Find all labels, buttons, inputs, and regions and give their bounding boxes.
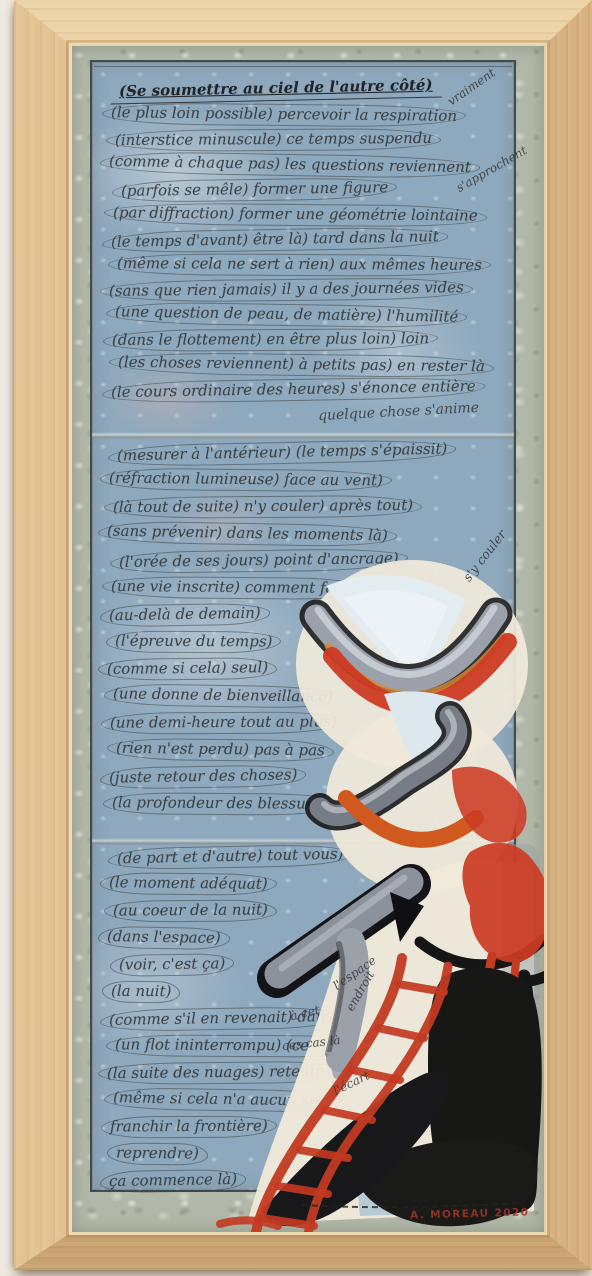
handwritten-line: (dans l'espace) — [98, 926, 230, 950]
handwritten-line: (la profondeur des blessures) — [103, 792, 345, 816]
handwritten-line: (dans le flottement) en être plus loin) … — [103, 328, 438, 352]
text-panel-top: (Se soumettre au ciel de l'autre côté)(l… — [100, 78, 514, 404]
painting-paper: (Se soumettre au ciel de l'autre côté)(l… — [72, 46, 544, 1232]
handwritten-line: reprendre) — [107, 1142, 208, 1165]
handwritten-line: (le moment adéquat) — [100, 872, 277, 896]
handwritten-line: (au coeur de la nuit) — [104, 899, 277, 922]
handwritten-line: (au-delà de demain) — [100, 603, 270, 628]
handwritten-line: (le plus loin possible) percevoir la res… — [102, 102, 466, 128]
text-panel-bottom: (de part et d'autre) tout vous)(le momen… — [98, 846, 514, 1197]
text-panel-middle: (mesurer à l'antérieur) (le temps s'épai… — [98, 442, 514, 820]
handwritten-line: (les choses reviennent) à petits pas) en… — [109, 352, 494, 379]
handwritten-line: franchir la frontière) — [101, 1116, 277, 1139]
painted-canvas: (Se soumettre au ciel de l'autre côté)(l… — [90, 60, 516, 1192]
handwritten-line: (l'orée de ses jours) point d'ancrage) — [110, 548, 408, 574]
panel-seam — [92, 838, 514, 845]
handwritten-line: (juste retour des choses) — [100, 764, 307, 790]
artist-signature: A. MOREAU 2020 — [410, 1206, 530, 1221]
handwritten-line: (même si cela n'a aucun sens) — [104, 1087, 351, 1113]
handwritten-line: (une donne de bienveillance) — [104, 683, 342, 709]
handwritten-line: (Se soumettre au ciel de l'autre côté) — [110, 75, 442, 105]
handwritten-line: (comme si cela) seul) — [98, 657, 277, 681]
handwritten-line: (la suite des nuages) retenir à — [98, 1061, 345, 1086]
handwritten-line: (voir, c'est ça) — [110, 953, 235, 977]
handwritten-line: (le temps d'avant) être là) tard dans la… — [102, 226, 448, 254]
handwritten-line: (rien n'est perdu) pas à pas — [107, 738, 334, 763]
handwritten-line: (le cours ordinaire des heures) s'énonce… — [102, 376, 485, 405]
picture-frame: (Se soumettre au ciel de l'autre côté)(l… — [14, 0, 592, 1270]
handwritten-line: (la nuit) — [102, 981, 181, 1004]
handwritten-line: (sans que rien jamais) il y a des journé… — [100, 277, 473, 303]
handwritten-line: (sans prévenir) dans les moments là) — [98, 520, 397, 547]
handwritten-line: (une vie inscrite) comment faire) — [102, 576, 370, 600]
handwritten-line: (l'épreuve du temps) — [106, 631, 282, 654]
handwritten-line: (réfraction lumineuse) face au vent) — [100, 467, 392, 492]
handwritten-line: (même si cela ne sert à rien) aux mêmes … — [108, 253, 491, 277]
handwritten-line: (de part et d'autre) tout vous) — [108, 843, 353, 870]
handwritten-line: (une demi-heure tout au plus) — [101, 711, 346, 734]
handwritten-line: (comme à chaque pas) les questions revie… — [100, 151, 480, 180]
handwritten-line: (par diffraction) former une géométrie l… — [104, 202, 487, 227]
handwritten-line: (là tout de suite) n'y couler) après tou… — [104, 495, 422, 519]
handwritten-line: (parfois se mêle) former une figure — [112, 177, 398, 203]
handwritten-line: (interstice minuscule) ce temps suspendu — [106, 128, 441, 152]
handwritten-line: (une question de peau, de matière) l'hum… — [106, 301, 468, 329]
handwritten-line: ça commence là) — [100, 1169, 247, 1194]
panel-seam — [92, 432, 514, 439]
handwritten-line: (mesurer à l'antérieur) (le temps s'épai… — [108, 438, 457, 467]
